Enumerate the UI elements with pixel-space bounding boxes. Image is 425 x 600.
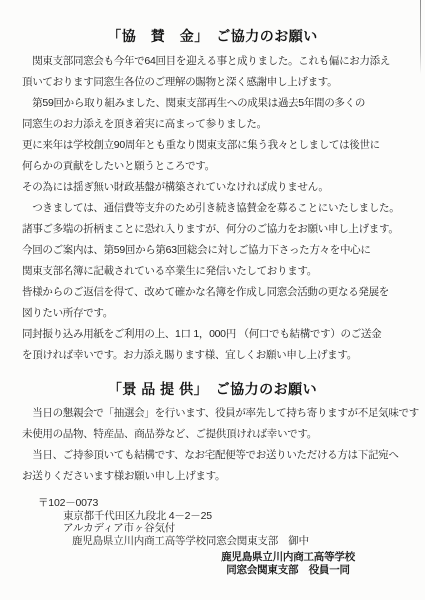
text-line: 何らかの貢献をしたいと願うところです。 (22, 156, 419, 177)
address-recipient: 鹿児島県立川内商工高等学校同窓会関東支部 御中 (72, 535, 425, 548)
text-line: 更に来年は学校創立90周年とも重なり関東支部に集う我々としましては後世に (22, 135, 419, 156)
sponsorship-section-title: 「協 賛 金」 ご協力のお願い (0, 0, 425, 45)
sender-signature-block: 鹿児島県立川内商工高等学校 同窓会関東支部 役員一同 (221, 551, 355, 577)
signature-branch: 同窓会関東支部 役員一同 (221, 564, 355, 577)
text-line: 同封振り込み用紙をご利用の上、1口 1，000円 （何口でも結構です）のご送金 (22, 324, 419, 345)
text-line: その為には揺ぎ無い財政基盤が構築されていなければ成りません。 (22, 177, 419, 198)
scan-edge-artifact (420, 0, 421, 74)
prizes-section-title: 「景 品 提 供」 ご協力のお願い (0, 380, 425, 398)
text-line: 図りたい所存です。 (22, 303, 419, 324)
text-line: 関東支部名簿に記載されている卒業生に発信いたしております。 (22, 261, 419, 282)
text-line: お送りくださいます様お願い申し上げます。 (22, 466, 419, 487)
text-line: を頂ければ幸いです。お力添え賜ります様、宜しくお願い申し上げます。 (22, 345, 419, 366)
text-line: 頂いております同窓生各位のご理解の賜物と深く感謝申し上げます。 (22, 72, 419, 93)
scanned-letter-page: 「協 賛 金」 ご協力のお願い 関東支部同窓会も今年で64回目を迎える事と成りま… (0, 0, 425, 600)
address-building: アルカディア市ヶ谷気付 (63, 522, 425, 535)
text-line: 同窓生のお力添えを頂き着実に高まって参りました。 (22, 114, 419, 135)
recipient-address-block: 〒102－0073 東京都千代田区九段北 4－2－25 アルカディア市ヶ谷気付 … (38, 497, 425, 547)
text-line: 関東支部同窓会も今年で64回目を迎える事と成りました。これも偏にお力添え (22, 51, 419, 72)
sponsorship-body: 関東支部同窓会も今年で64回目を迎える事と成りました。これも偏にお力添え 頂いて… (22, 51, 419, 366)
text-line: 皆様からのご返信を得て、改めて確かな名簿を作成し同窓会活動の更なる発展を (22, 282, 419, 303)
postal-code: 〒102－0073 (38, 497, 425, 510)
text-line: 第59回から取り組みました、関東支部再生への成果は過去5年間の多くの (22, 93, 419, 114)
address-street: 東京都千代田区九段北 4－2－25 (63, 510, 425, 523)
text-line: 未使用の品物、特産品、商品券など、ご提供頂ければ幸いです。 (22, 424, 419, 445)
text-line: 諸事ご多端の折柄まことに恐れ入りますが、何分のご協力をお願い申し上げます。 (22, 219, 419, 240)
prizes-body: 当日の懇親会で「抽選会」を行います、役員が率先して持ち寄りますが不足気味です 未… (22, 403, 419, 487)
text-line: 当日、ご持参頂いても結構です、なお宅配便等でお送りいただける方は下記宛へ (22, 445, 419, 466)
signature-school: 鹿児島県立川内商工高等学校 (221, 551, 355, 564)
text-line: 当日の懇親会で「抽選会」を行います、役員が率先して持ち寄りますが不足気味です (22, 403, 419, 424)
text-line: 今回のご案内は、第59回から第63回総会に対しご協力下さった方々を中心に (22, 240, 419, 261)
text-line: つきましては、通信費等支弁のため引き続き協賛金を募ることにいたしました。 (22, 198, 419, 219)
